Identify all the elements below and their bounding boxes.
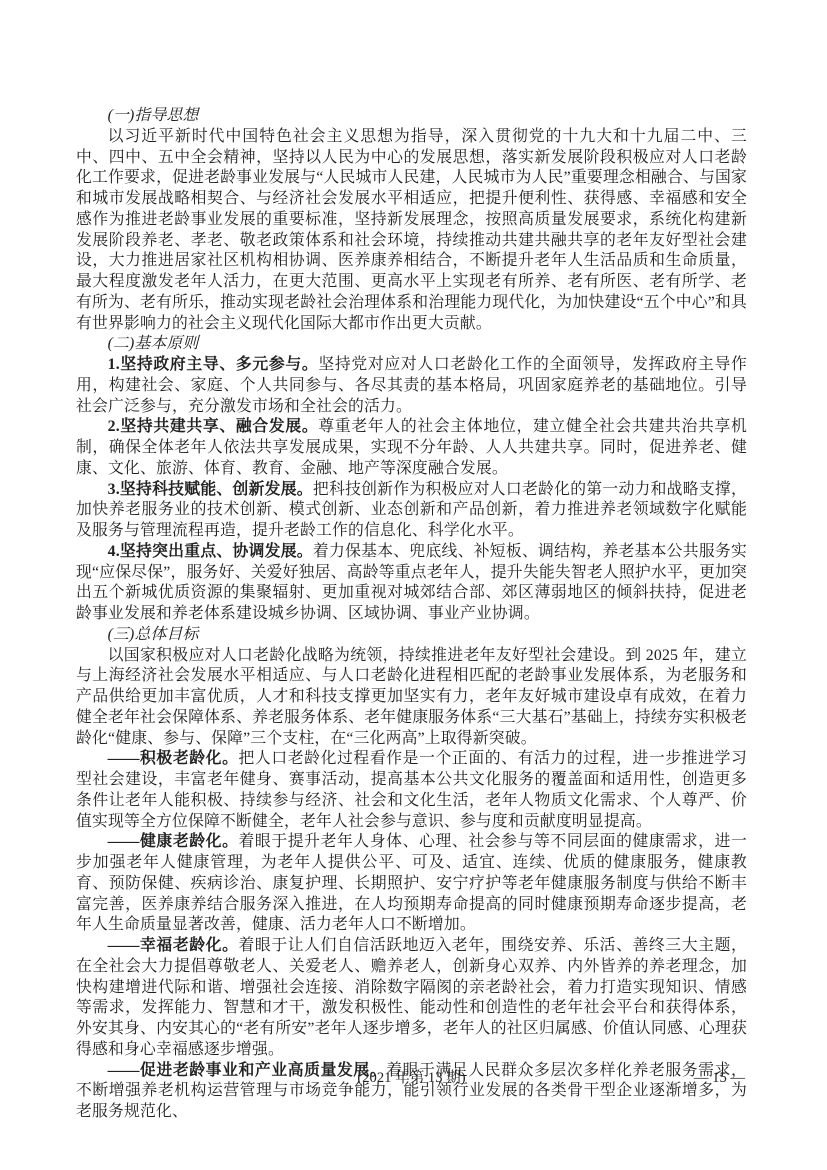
page-footer: (2021 年第 13 期) — 15 — — [76, 1068, 747, 1090]
paragraph: 2.坚持共建共享、融合发展。尊重老年人的社会主体地位，建立健全社会共建共治共享机… — [76, 417, 747, 479]
paragraph: 1.坚持政府主导、多元参与。坚持党对应对人口老龄化工作的全面领导，发挥政府主导作… — [76, 355, 747, 417]
section-heading: (三)总体目标 — [76, 625, 747, 646]
section-heading: (一)指导思想 — [76, 106, 747, 127]
paragraph: 以习近平新时代中国特色社会主义思想为指导，深入贯彻党的十九大和十九届二中、三中、… — [76, 127, 747, 335]
paragraph: 4.坚持突出重点、协调发展。着力保基本、兜底线、补短板、调结构，养老基本公共服务… — [76, 542, 747, 625]
paragraph-lead: 3.坚持科技赋能、创新发展。 — [108, 481, 313, 498]
paragraph: ——健康老龄化。着眼于提升老年人身体、心理、社会参与等不同层面的健康需求，进一步… — [76, 832, 747, 936]
document-page: (一)指导思想以习近平新时代中国特色社会主义思想为指导，深入贯彻党的十九大和十九… — [0, 0, 827, 1170]
paragraph-lead: 1.坚持政府主导、多元参与。 — [108, 356, 319, 373]
section-heading-text: (一)指导思想 — [108, 107, 199, 124]
footer-issue-label: (2021 年第 13 期) — [76, 1068, 747, 1088]
paragraph: 3.坚持科技赋能、创新发展。把科技创新作为积极应对人口老龄化的第一动力和战略支撑… — [76, 480, 747, 542]
paragraph: ——积极老龄化。把人口老龄化过程看作是一个正面的、有活力的过程，进一步推进学习型… — [76, 749, 747, 832]
document-body: (一)指导思想以习近平新时代中国特色社会主义思想为指导，深入贯彻党的十九大和十九… — [76, 106, 747, 1123]
section-heading-text: (二)基本原则 — [108, 335, 199, 352]
paragraph-text: 着眼于让人们自信活跃地迈入老年，围绕安养、乐活、善终三大主题，在全社会大力提倡尊… — [76, 937, 747, 1058]
paragraph-lead: 4.坚持突出重点、协调发展。 — [108, 543, 313, 560]
paragraph-text: 以习近平新时代中国特色社会主义思想为指导，深入贯彻党的十九大和十九届二中、三中、… — [76, 128, 747, 332]
paragraph: 以国家积极应对人口老龄化战略为统领，持续推进老年友好型社会建设。到 2025 年… — [76, 646, 747, 750]
paragraph-lead: ——积极老龄化。 — [108, 750, 239, 767]
paragraph-lead: ——幸福老龄化。 — [108, 937, 239, 954]
section-heading: (二)基本原则 — [76, 334, 747, 355]
paragraph-lead: ——健康老龄化。 — [108, 833, 239, 850]
paragraph-lead: 2.坚持共建共享、融合发展。 — [108, 418, 319, 435]
paragraph-text: 以国家积极应对人口老龄化战略为统领，持续推进老年友好型社会建设。到 2025 年… — [76, 647, 747, 747]
paragraph: ——幸福老龄化。着眼于让人们自信活跃地迈入老年，围绕安养、乐活、善终三大主题，在… — [76, 936, 747, 1061]
section-heading-text: (三)总体目标 — [108, 626, 199, 643]
footer-page-number: — 15 — — [694, 1068, 745, 1088]
